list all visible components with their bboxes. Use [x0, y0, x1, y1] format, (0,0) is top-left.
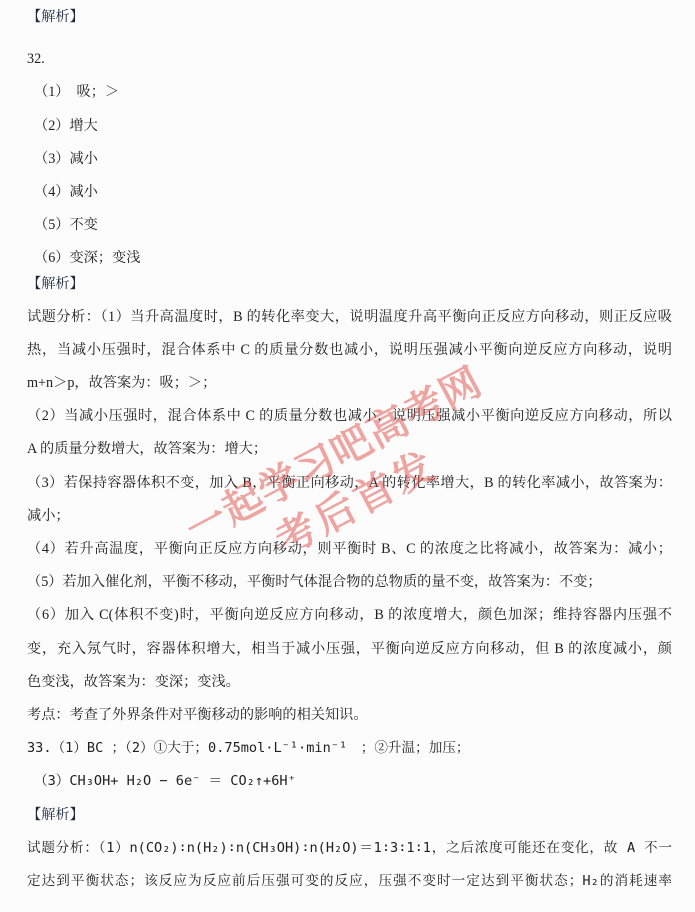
analysis-line: m+n＞p，故答案为：吸；＞；: [27, 367, 672, 400]
analysis-line: 试题分析：（1）n(CO₂)∶n(H₂)∶n(CH₃OH)∶n(H₂O)＝1∶3…: [27, 832, 672, 865]
analysis-line: （3）若保持容器体积不变，加入 B，平衡正向移动，A 的转化率增大，B 的转化率…: [27, 467, 672, 500]
analysis-line: 变，充入氖气时，容器体积增大，相当于减小压强，平衡向逆反应方向移动，但 B 的浓…: [27, 633, 672, 666]
analysis-line: （5）若加入催化剂，平衡不移动，平衡时气体混合物的总物质的量不变，故答案为：不变…: [27, 566, 672, 599]
answer-line-5: （5）不变: [27, 209, 672, 242]
analysis-line: （4）若升高温度，平衡向正反应方向移动，则平衡时 B、C 的浓度之比将减小，故答…: [27, 533, 672, 566]
question-32-number: 32.: [27, 43, 672, 76]
exam-point-line: 考点：考查了外界条件对平衡移动的影响的相关知识。: [27, 699, 672, 732]
answer-line-3: （3）减小: [27, 143, 672, 176]
answer-line-1: （1） 吸；＞: [27, 76, 672, 109]
analysis-line: 色变浅，故答案为：变深；变浅。: [27, 666, 672, 699]
analysis-line: （2）当减小压强时，混合体系中 C 的质量分数也减小，说明压强减小平衡向逆反应方…: [27, 400, 672, 433]
answer-line-2: （2）增大: [27, 110, 672, 143]
answer-33-line: 33.（1）BC ；（2）①大于；0.75mol·L⁻¹·min⁻¹ ；②升温；…: [27, 732, 672, 765]
analysis-line: 减小；: [27, 500, 672, 533]
answer-line-4: （4）减小: [27, 176, 672, 209]
analysis-line: 定达到平衡状态；该反应为反应前后压强可变的反应，压强不变时一定达到平衡状态；H₂…: [27, 865, 672, 898]
analysis-header-1: 【解析】: [27, 1, 672, 34]
equation-line: （3）CH₃OH+ H₂O − 6e⁻ ＝ CO₂↑+6H⁺: [27, 765, 672, 798]
analysis-line: 热，当减小压强时，混合体系中 C 的质量分数也减小，说明压强减小平衡向逆反应方向…: [27, 334, 672, 367]
analysis-header-3: 【解析】: [27, 799, 672, 832]
analysis-line: A 的质量分数增大，故答案为：增大；: [27, 433, 672, 466]
analysis-line: （6）加入 C(体积不变)时，平衡向逆反应方向移动，B 的浓度增大，颜色加深；维…: [27, 599, 672, 632]
answer-sheet-page: 【解析】 32. （1） 吸；＞ （2）增大 （3）减小 （4）减小 （5）不变…: [27, 1, 672, 898]
analysis-line: 试题分析：（1）当升高温度时，B 的转化率变大，说明温度升高平衡向正反应方向移动…: [27, 301, 672, 334]
